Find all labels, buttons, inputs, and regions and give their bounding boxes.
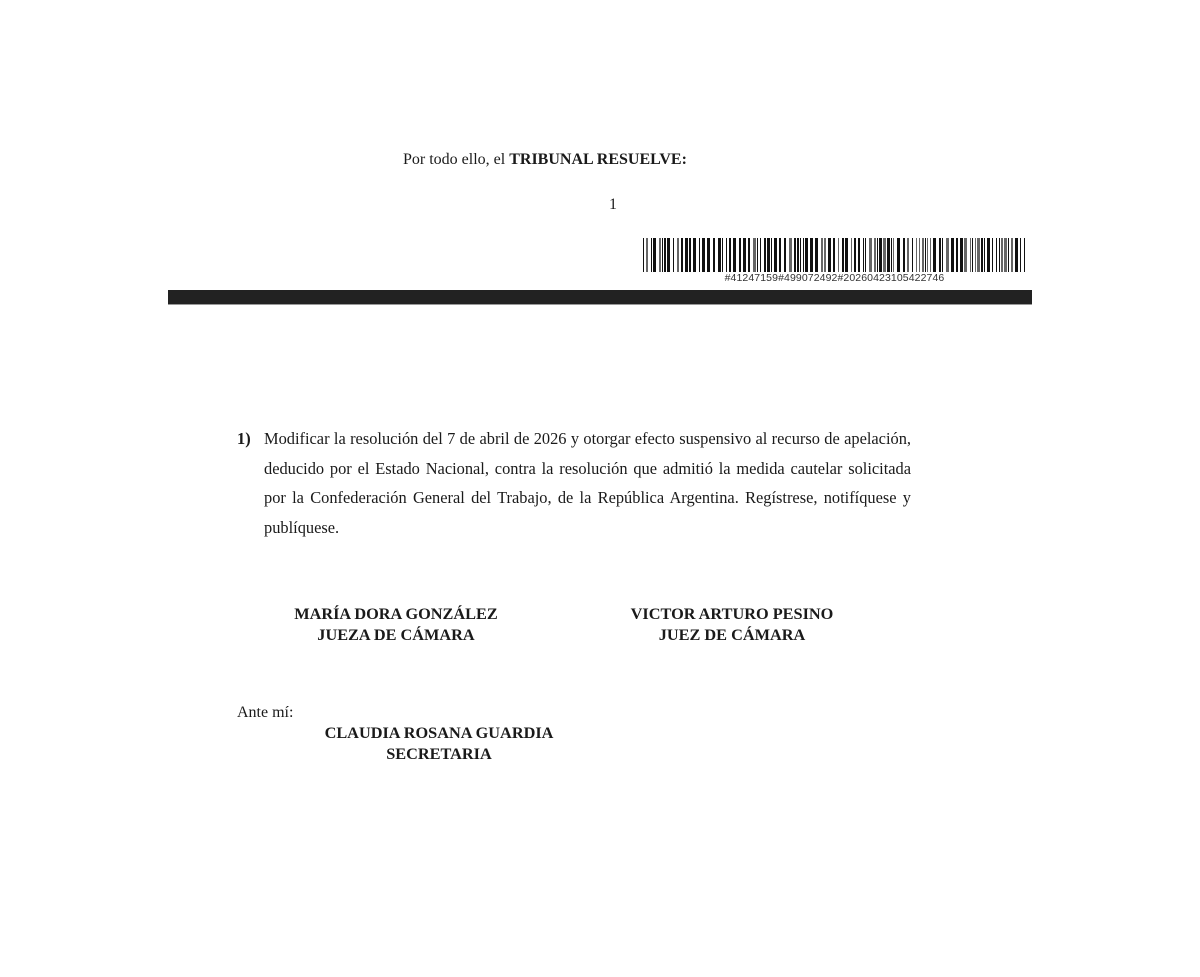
intro-bold-text: TRIBUNAL RESUELVE: — [509, 151, 687, 168]
intro-line: Por todo ello, el TRIBUNAL RESUELVE: — [403, 151, 687, 169]
secretary-name: CLAUDIA ROSANA GUARDIA — [312, 722, 566, 743]
page-break-bar — [168, 290, 1032, 305]
signature-name: VICTOR ARTURO PESINO — [612, 603, 852, 624]
barcode-text: #41247159#499072492#20260423105422746 — [643, 272, 1026, 284]
resolution-item: 1) Modificar la resolución del 7 de abri… — [237, 424, 911, 542]
signature-title: JUEZA DE CÁMARA — [270, 624, 522, 645]
secretary-title: SECRETARIA — [312, 743, 566, 764]
resolution-number: 1) — [237, 424, 251, 454]
ante-mi-label: Ante mí: — [237, 704, 293, 722]
page-number: 1 — [609, 196, 617, 214]
secretary-signature-block: CLAUDIA ROSANA GUARDIA SECRETARIA — [312, 722, 566, 764]
barcode-icon — [643, 238, 1026, 272]
resolution-text: Modificar la resolución del 7 de abril d… — [264, 424, 911, 542]
intro-text: Por todo ello, el — [403, 151, 509, 168]
signature-title: JUEZ DE CÁMARA — [612, 624, 852, 645]
signature-name: MARÍA DORA GONZÁLEZ — [270, 603, 522, 624]
signature-block-1: MARÍA DORA GONZÁLEZ JUEZA DE CÁMARA — [270, 603, 522, 645]
signature-block-2: VICTOR ARTURO PESINO JUEZ DE CÁMARA — [612, 603, 852, 645]
